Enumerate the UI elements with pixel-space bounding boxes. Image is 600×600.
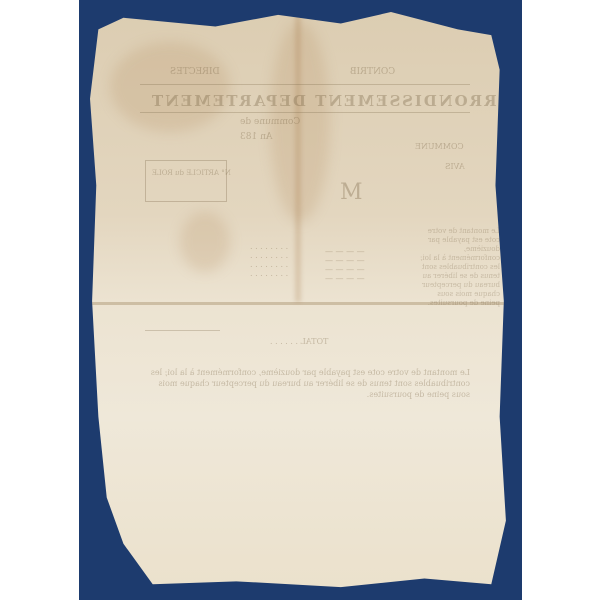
document-title: ARRONDISSEMENT DEPARTEMENT <box>150 92 510 110</box>
subtitle-1: Commune de <box>240 117 300 127</box>
box-label: N° ARTICLE du ROLE <box>152 169 231 177</box>
stain <box>180 212 230 272</box>
right-header: COMMUNE <box>415 142 464 151</box>
right-heading: AVIS <box>445 162 465 171</box>
total-label: TOTAL . . . . . . <box>270 337 328 346</box>
subtitle-2: An 183 <box>240 132 272 142</box>
header-right: CONTRIB <box>350 67 395 77</box>
vertical-fold <box>295 12 301 302</box>
dotted-lines: . . . . . . . .. . . . . . . .. . . . . … <box>250 242 288 278</box>
stain <box>110 42 230 132</box>
rule <box>145 330 220 331</box>
header-left: DIRECTES <box>170 67 220 77</box>
article-box: N° ARTICLE du ROLE <box>145 160 227 202</box>
right-column-text: Le montant de votre cote est payable par… <box>420 227 500 308</box>
rule <box>140 84 470 85</box>
rule <box>140 112 470 113</box>
body-paragraph: Le montant de votre cote est payable par… <box>140 367 470 400</box>
antique-document: DIRECTES CONTRIB ARRONDISSEMENT DEPARTEM… <box>90 12 508 590</box>
dotted-lines: — — — —— — — —— — — —— — — — <box>325 247 365 283</box>
initial-letter: M <box>340 180 363 205</box>
